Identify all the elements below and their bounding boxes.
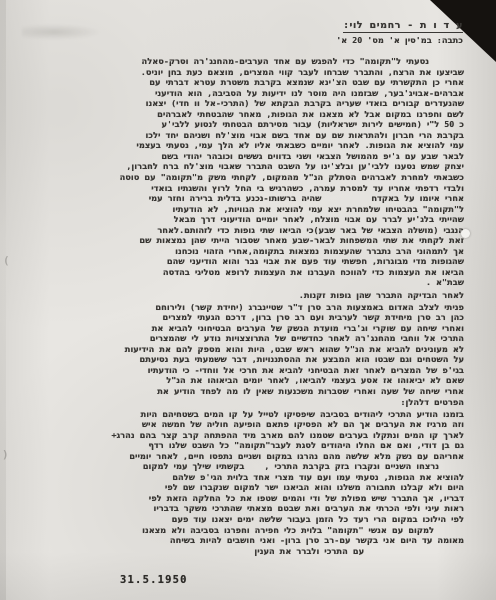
text-line: פניתי לצלב האדום באמצעות הרב סרן ד"ר שטי… [26, 302, 464, 313]
text-line: שהנעדרים קבורים בואדי שעריה בקרבת הבקתא … [26, 98, 464, 109]
text-line: לשם וחפרנו במקום אבל לא מצאנו את הגופות,… [26, 109, 464, 120]
text-line: ולבדי רדפתי אחריו עד למסרת עמרה, כשהרגיש… [26, 183, 464, 194]
text-line: אחרי שיחה של שעה ואחרי שסברות משכנעות שא… [26, 386, 464, 397]
text-line: עם התרכי ולברר את הענין [26, 546, 464, 557]
text-line: הפרטים דלהלן: [26, 397, 464, 408]
text-line: נסעתי ל"תקומה" כדי להפגש עם אחד הערבים-מ… [26, 56, 464, 67]
text-line: אחריהם עם נשק מלא שלשה מהם נהרגו במקום ו… [26, 451, 464, 462]
text-line: הביאו את העצמות כדי להווכח העברנו את העצ… [26, 267, 464, 278]
text-line: בקרבת הרי חברון ולהתראות שם עם אחד בשם א… [26, 130, 464, 141]
stray-pen-mark: ) [2, 448, 9, 461]
text-line: שהגופות מדי מבוגרות, חפשתי עוד פעם את אב… [26, 256, 464, 267]
text-line: גם בן דודי, ואם אם החלו היהודים לסגת לעב… [26, 440, 464, 451]
paragraph: לאחר הבדיקה התברר שהן גופות זקנות. [26, 290, 464, 301]
text-line: כשבאתי למחרת לאברהים הסתלק הנ"ל מהמקום, … [26, 172, 464, 183]
text-line: למקום עם אנשי "תקומה" בלוית כלי חפירה וח… [26, 525, 464, 536]
text-line: יצחק שמש נסענו ללבי'ען ובלצ'ינו על השבט … [26, 161, 464, 172]
text-line: שבת"א . [26, 277, 464, 288]
text-line: ראות עיני ולפי הכרתי את הערבים ואת שבטם … [26, 503, 464, 514]
document-date: 31.5.1950 [120, 574, 188, 586]
text-line: זאת לקחתי את שתי המשפחות לבאר-שבע מאחר ש… [26, 235, 464, 246]
text-line: היום ולא קבלנו תחבורה משלנו והוא הביאנו … [26, 482, 464, 493]
text-line: ל"תקומה" בהבטיחו שלמחרת יצא עמי להוציא א… [26, 204, 464, 215]
scan-smudge [22, 24, 102, 40]
document-subtitle: כתבה: במ'סין א' מס' 20 א' [336, 35, 463, 45]
text-line: אברהים-אבויג'בער, שבזמנו היה מוסר לנו יד… [26, 88, 464, 99]
text-line: עמי להוציא את הגופות. לאחר יומיים כשבאתי… [26, 140, 464, 151]
paragraph: נסעתי ל"תקומה" כדי להפגש עם אחד הערבים-מ… [26, 56, 464, 288]
text-line: ואחרי שיחה עם שוקרי וג'ברי מועדת הנשק של… [26, 323, 464, 334]
document-title: ע ד ו ת - רחמים לוי: [343, 20, 463, 33]
text-line: כהן רב סרן מיחידת קשר לערבית ועם רב סרן … [26, 312, 464, 323]
paragraph: פניתי לצלב האדום באמצעות הרב סרן ד"ר שטי… [26, 302, 464, 407]
text-line: אך לתמהוני הרב נתברר שהעצמות נמצאות בתקו… [26, 246, 464, 257]
text-line: בגי'פ של המצרים לאחר זאת הבטיחני להביא א… [26, 365, 464, 376]
text-line: להוציא את הגופות, נסעתי עמו ועם עוד מצרי… [26, 472, 464, 483]
text-line: לארך קו המים ונתקלו בערבים שטמנו להם מאר… [26, 430, 464, 441]
text-line: בזמנו הודיע התרכי ליהודים בסביבה שיפסיקו… [26, 409, 464, 420]
text-line: לאחר הבדיקה התברר שהן גופות זקנות. [26, 290, 464, 301]
text-line: שביצעו את הרצח, והתברר שברחו לעבר קווי ה… [26, 67, 464, 78]
stray-pen-mark: ( [3, 254, 10, 267]
body-text: נסעתי ל"תקומה" כדי להפגש עם אחד הערבים-מ… [26, 56, 464, 558]
text-line: כ 50 ל"י (חמישים לירות ישראליות) עבור מס… [26, 119, 464, 130]
text-line: נרצחו השניים ונקברו בזק בקרבת התרכי , בק… [26, 461, 464, 472]
text-line: על השטחים וגם שבטו הוא המבצע את ההסתננוי… [26, 354, 464, 365]
text-line: לפי הילוכו במקום הרי רעד כל הזמן בעבור ש… [26, 514, 464, 525]
text-line: דבריו, אך התברר שיש מפולת של ודי והמים ש… [26, 493, 464, 504]
text-line: התרכי אל ווחבי מהחנג'רה לאחר כחדשיים של … [26, 333, 464, 344]
document-header: ע ד ו ת - רחמים לוי: כתבה: במ'סין א' מס'… [336, 13, 463, 45]
text-line: מאומה עד היום אני בקשר עם-רב סרן ברון- ו… [26, 535, 464, 546]
text-line: שאם לא יביאוהו אז אסע בעצמי להביאו, לאחר… [26, 375, 464, 386]
text-line: לא מעונינים להביא את הנ"ל שהוא ראש שבט, … [26, 344, 464, 355]
text-line: אחרי כן התקשרתי עם שבט הצ'ינא שנמצא בקרב… [26, 77, 464, 88]
paragraph: בזמנו הודיע התרכי ליהודים בסביבה שיפסיקו… [26, 409, 464, 557]
text-line: שהייתי בלג'יע לברר עם אבוי מוצלח, לאחר י… [26, 214, 464, 225]
text-line: הנגבי (מושלה הצבאי של באר שבע)כי הביאו ש… [26, 225, 464, 236]
text-line: אחרי איומו על באקדח שהיה ברשותו-נכנע בדל… [26, 193, 464, 204]
scan-edge-shading [0, 0, 6, 600]
scanned-document-page: ע ד ו ת - רחמים לוי: כתבה: במ'סין א' מס'… [0, 0, 496, 600]
text-line: לבאר שבע עם ג'יפ מהמושל הצבאי ושני בדווי… [26, 151, 464, 162]
text-line: וזה מרגיז את הערבים אך הם לא הפסיקו פתאם… [26, 419, 464, 430]
punch-hole-mark [461, 229, 470, 238]
